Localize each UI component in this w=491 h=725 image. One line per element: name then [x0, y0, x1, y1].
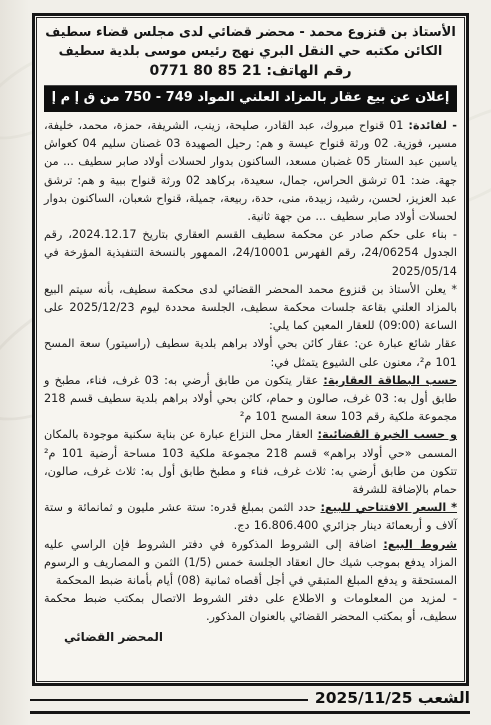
expertise-paragraph: و حسب الخبرة القضائية: العقار محل النزاع… [44, 426, 457, 499]
scanned-newspaper-page: { "header": { "line1": "الأستاذ بن قنزوع… [0, 0, 491, 725]
parties-text: 01 قنواح مبروك، عبد القادر، صليحة، زينب،… [44, 119, 457, 223]
judgment-paragraph: - بناء على حكم صادر عن محكمة سطيف القسم … [44, 226, 457, 281]
sale-terms-lead: شروط البيع: [383, 538, 457, 551]
newspaper-footer: الشعب 2025/11/25 [30, 689, 470, 714]
phone-label: رقم الهاتف: [266, 63, 351, 79]
opening-price-lead: * السعر الافتتاحي للبيع: [321, 501, 457, 514]
parties-lead: - لفائدة: [408, 119, 457, 132]
signature: المحضر القضائي [44, 627, 457, 644]
notice-title-banner: إعلان عن بيع عقار بالمزاد العلني المواد … [44, 85, 457, 112]
footer-rule [30, 699, 308, 701]
parties-paragraph: - لفائدة: 01 قنواح مبروك، عبد القادر، صل… [44, 117, 457, 226]
sale-terms-paragraph: شروط البيع: اضافة إلى الشروط المذكورة في… [44, 536, 457, 591]
issue-date: 2025/11/25 [315, 689, 413, 707]
bailiff-name-line: الأستاذ بن قنزوع محمد - محضر قضائي لدى م… [44, 23, 457, 42]
land-card-paragraph: حسب البطاقة العقارية: عقار يتكون من طابق… [44, 372, 457, 427]
land-card-lead: حسب البطاقة العقارية: [323, 374, 457, 387]
property-summary-paragraph: عقار شائع عبارة عن: عقار كائن بحي أولاد … [44, 335, 457, 371]
footer-row: الشعب 2025/11/25 [30, 689, 470, 707]
footer-bottom-rule [30, 711, 470, 714]
expertise-lead: و حسب الخبرة القضائية: [317, 428, 457, 441]
notice-frame: الأستاذ بن قنزوع محمد - محضر قضائي لدى م… [32, 13, 469, 686]
office-address-line: الكائن مكتبه حي النقل البري نهج رئيس موس… [44, 42, 457, 61]
more-info-paragraph: - لمزيد من المعلومات و الاطلاع على دفتر … [44, 590, 457, 626]
announcement-paragraph: * يعلن الأستاذ بن قنزوع محمد المحضر القض… [44, 281, 457, 336]
notice-body: - لفائدة: 01 قنواح مبروك، عبد القادر، صل… [44, 117, 457, 627]
newspaper-name: الشعب [418, 689, 470, 707]
phone-line: رقم الهاتف: 0771 80 85 21 [44, 61, 457, 81]
opening-price-paragraph: * السعر الافتتاحي للبيع: حدد الثمن بمبلغ… [44, 499, 457, 535]
notice-content: الأستاذ بن قنزوع محمد - محضر قضائي لدى م… [36, 17, 465, 682]
phone-number: 0771 80 85 21 [149, 63, 261, 79]
footer-text: الشعب 2025/11/25 [315, 689, 470, 707]
